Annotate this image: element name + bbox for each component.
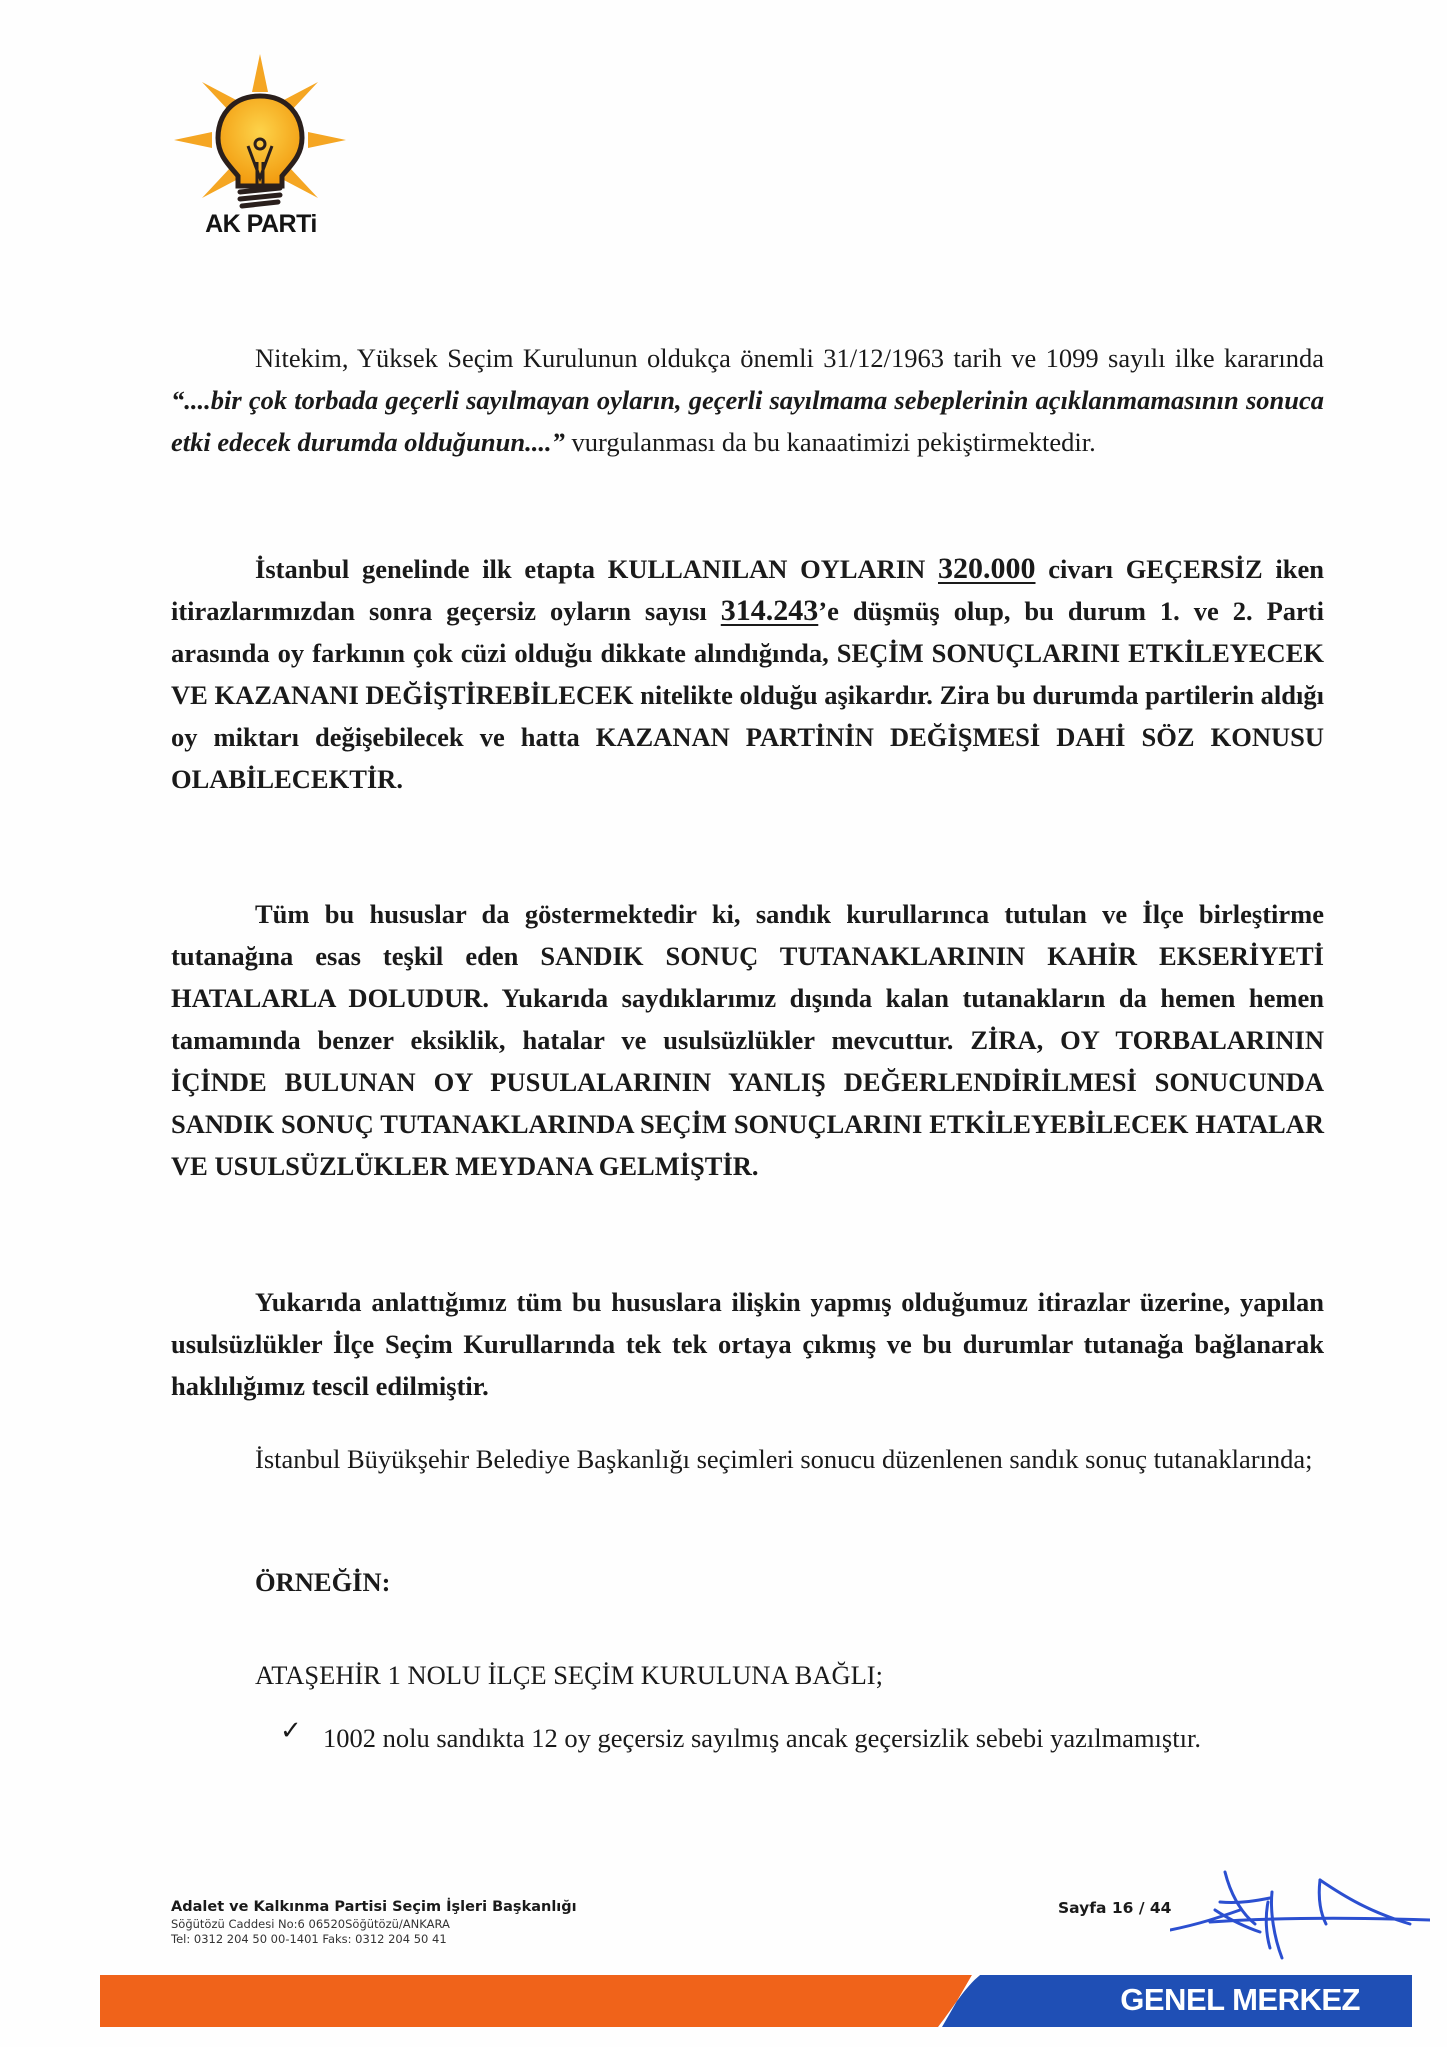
footer-band: GENEL MERKEZ: [100, 1975, 1412, 2027]
footer-address: Söğütözü Caddesi No:6 06520Söğütözü/ANKA…: [171, 1917, 577, 1932]
paragraph-text: İstanbul genelinde ilk etapta KULLANILAN…: [255, 554, 938, 584]
invalid-votes-initial: 320.000: [938, 552, 1036, 585]
genel-merkez-label: GENEL MERKEZ: [1120, 1982, 1360, 2018]
paragraph-istanbul-reports: İstanbul Büyükşehir Belediye Başkanlığı …: [171, 1436, 1324, 1482]
logo-text: AK PARTi: [186, 210, 336, 239]
paragraph-objections: Yukarıda anlattığımız tüm bu hususlara i…: [171, 1281, 1324, 1407]
paragraph-invalid-votes: İstanbul genelinde ilk etapta KULLANILAN…: [171, 548, 1324, 800]
paragraph-text: Nitekim, Yüksek Seçim Kurulunun oldukça …: [255, 343, 1324, 373]
footer-contact: Tel: 0312 204 50 00-1401 Faks: 0312 204 …: [171, 1932, 577, 1947]
footer-org-name: Adalet ve Kalkınma Partisi Seçim İşleri …: [171, 1898, 577, 1917]
paragraph-text: Yukarıda anlattığımız tüm bu hususlara i…: [171, 1281, 1324, 1407]
paragraph-text: Tüm bu hususlar da göstermektedir ki, sa…: [171, 893, 1324, 1187]
district-heading: ATAŞEHİR 1 NOLU İLÇE SEÇİM KURULUNA BAĞL…: [255, 1660, 883, 1691]
footer-address-block: Adalet ve Kalkınma Partisi Seçim İşleri …: [171, 1898, 577, 1947]
paragraph-ballot-reports: Tüm bu hususlar da göstermektedir ki, sa…: [171, 893, 1324, 1187]
invalid-votes-after: 314.243: [721, 594, 819, 627]
paragraph-ysk-decision: Nitekim, Yüksek Seçim Kurulunun oldukça …: [171, 337, 1324, 463]
checkmark-icon: ✓: [280, 1716, 302, 1746]
list-item-text: 1002 nolu sandıkta 12 oy geçersiz sayılm…: [323, 1716, 1324, 1761]
paragraph-text: vurgulanması da bu kanaatimizi pekiştirm…: [565, 427, 1096, 457]
signature-icon: [1170, 1862, 1430, 1962]
party-logo: AK PARTi: [172, 52, 348, 270]
list-item: ✓ 1002 nolu sandıkta 12 oy geçersiz sayı…: [280, 1716, 1324, 1761]
paragraph-text: İstanbul Büyükşehir Belediye Başkanlığı …: [171, 1436, 1324, 1482]
example-heading: ÖRNEĞİN:: [255, 1567, 390, 1598]
page-number: Sayfa 16 / 44: [1058, 1899, 1171, 1917]
